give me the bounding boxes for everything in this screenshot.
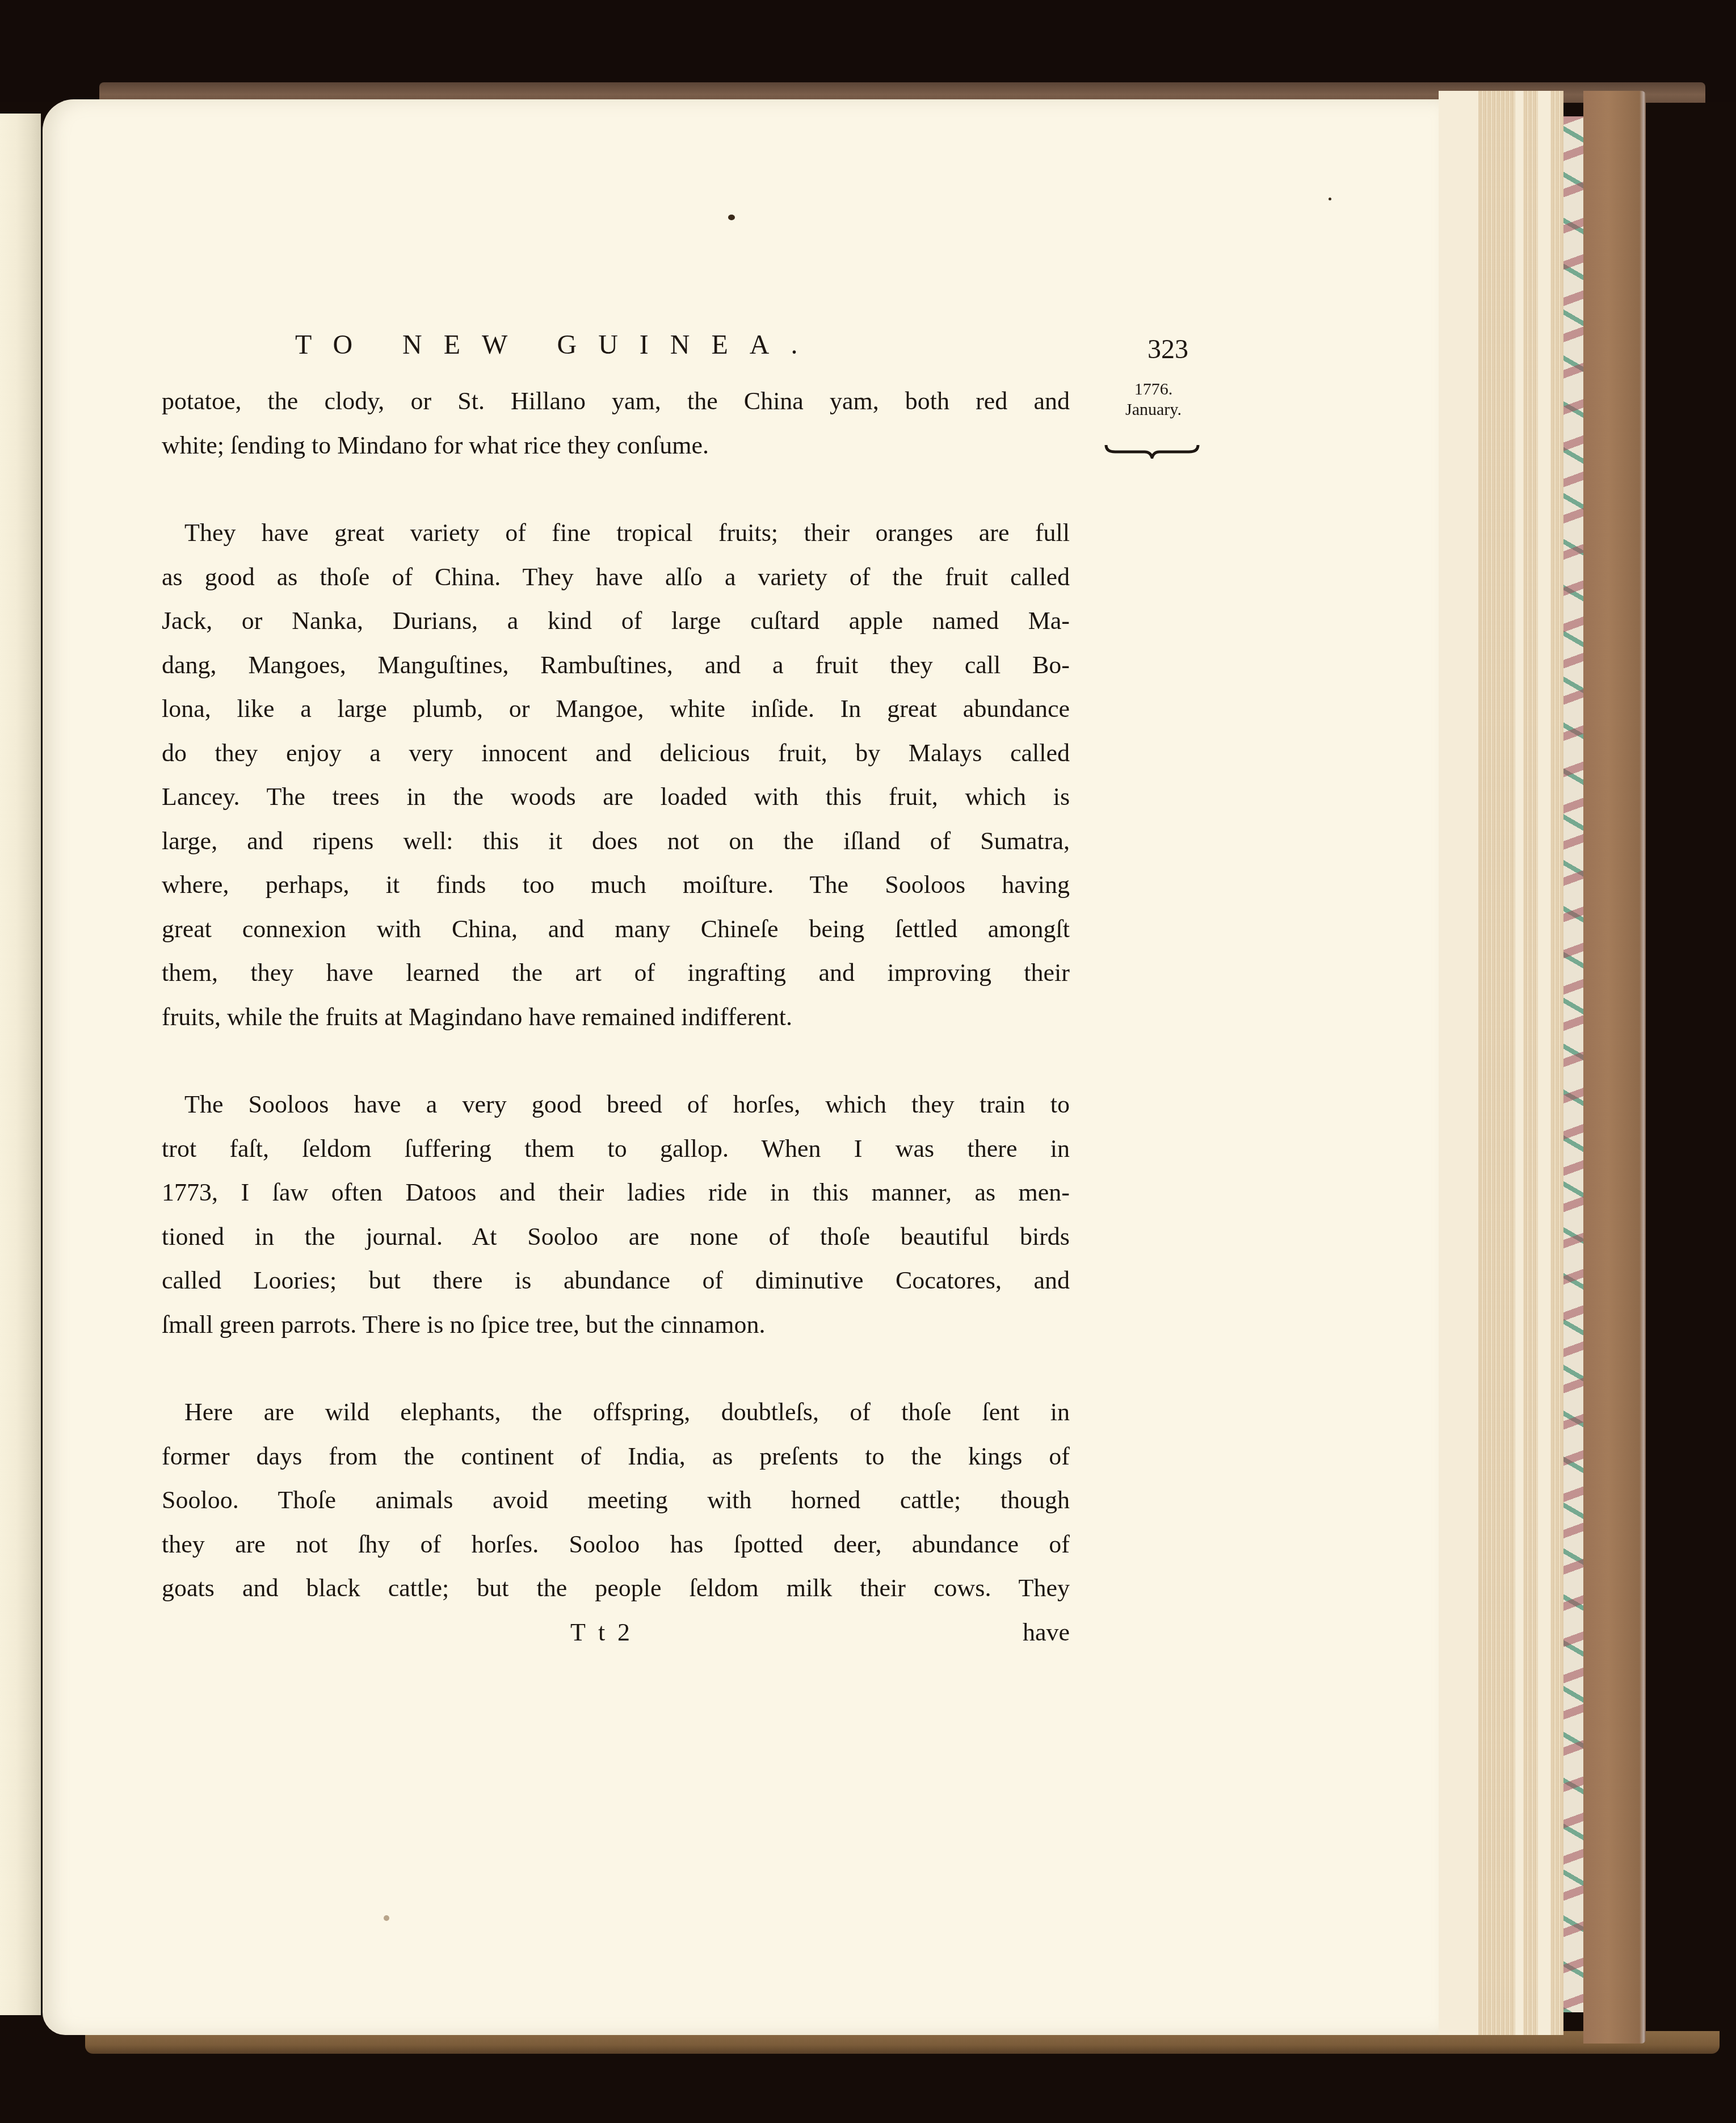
catchword: have xyxy=(1023,1618,1070,1647)
paragraph: The Sooloos have a very good breed of ho… xyxy=(162,1083,1070,1346)
leather-cover-board xyxy=(1583,91,1646,2044)
text-line: Jack, or Nanka, Durians, a kind of large… xyxy=(162,599,1070,643)
page-edges-stack xyxy=(1439,91,1563,2035)
paper-speck xyxy=(384,1915,389,1921)
signature-mark: Tt2 xyxy=(570,1618,642,1647)
text-line: The Sooloos have a very good breed of ho… xyxy=(162,1083,1070,1127)
text-line: former days from the continent of India,… xyxy=(162,1434,1070,1479)
margin-note-year: 1776. xyxy=(1104,379,1203,400)
text-line: large, and ripens well: this it does not… xyxy=(162,819,1070,863)
text-line: goats and black cattle; but the people ſ… xyxy=(162,1566,1070,1610)
text-line: lona, like a large plumb, or Mangoe, whi… xyxy=(162,687,1070,731)
text-line: them, they have learned the art of ingra… xyxy=(162,951,1070,995)
text-line: do they enjoy a very innocent and delici… xyxy=(162,731,1070,775)
text-line: ſmall green parrots. There is no ſpice t… xyxy=(162,1303,1070,1347)
text-line: They have great variety of fine tropical… xyxy=(162,511,1070,555)
running-head: TO NEW GUINEA. xyxy=(295,329,819,360)
text-line: fruits, while the fruits at Magindano ha… xyxy=(162,995,1070,1039)
curly-brace-icon xyxy=(1104,444,1200,459)
paragraph: They have great variety of fine tropical… xyxy=(162,511,1070,1039)
page-number: 323 xyxy=(1147,334,1188,365)
text-line: Sooloo. Thoſe animals avoid meeting with… xyxy=(162,1478,1070,1522)
text-line: potatoe, the clody, or St. Hillano yam, … xyxy=(162,379,1070,423)
paper-speck xyxy=(1329,198,1331,200)
margin-note: 1776. January. xyxy=(1104,379,1203,420)
page-footer: Tt2 have xyxy=(162,1618,1070,1658)
page-edge-band xyxy=(1538,91,1550,2035)
body-text: potatoe, the clody, or St. Hillano yam, … xyxy=(162,379,1070,1610)
text-line: where, perhaps, it finds too much moiſtu… xyxy=(162,863,1070,907)
text-line: Here are wild elephants, the offspring, … xyxy=(162,1390,1070,1434)
text-line: they are not ſhy of horſes. Sooloo has ſ… xyxy=(162,1522,1070,1567)
text-line: 1773, I ſaw often Datoos and their ladie… xyxy=(162,1170,1070,1215)
facing-page-edge xyxy=(0,114,41,2015)
paragraph: potatoe, the clody, or St. Hillano yam, … xyxy=(162,379,1070,467)
page-edge-band xyxy=(1439,91,1478,2035)
page-edge-band xyxy=(1515,91,1523,2035)
text-line: called Loories; but there is abundance o… xyxy=(162,1258,1070,1303)
paragraph: Here are wild elephants, the offspring, … xyxy=(162,1390,1070,1610)
paper-speck xyxy=(728,215,735,220)
text-line: trot faſt, ſeldom ſuffering them to gall… xyxy=(162,1127,1070,1171)
text-line: dang, Mangoes, Manguſtines, Rambuſtines,… xyxy=(162,643,1070,687)
marbled-endpaper xyxy=(1563,116,1584,2012)
text-line: tioned in the journal. At Sooloo are non… xyxy=(162,1215,1070,1259)
text-line: white; ſending to Mindano for what rice … xyxy=(162,423,1070,468)
text-line: great connexion with China, and many Chi… xyxy=(162,907,1070,951)
text-line: Lancey. The trees in the woods are loade… xyxy=(162,775,1070,819)
margin-note-month: January. xyxy=(1104,400,1203,420)
text-line: as good as thoſe of China. They have alſ… xyxy=(162,555,1070,599)
